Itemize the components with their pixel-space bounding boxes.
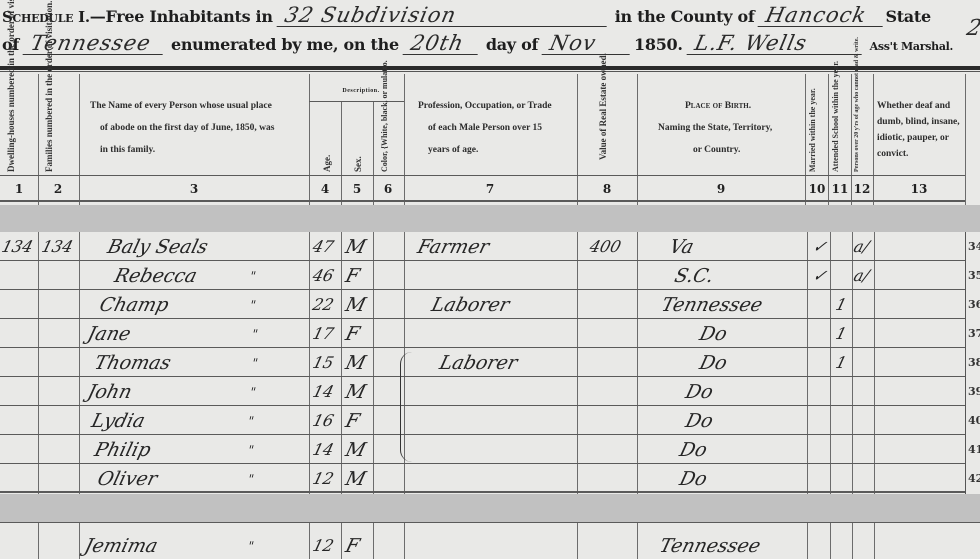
person-name: Jane <box>85 323 133 345</box>
schedule-title-line: Schedule I. —Free Inhabitants in 32 Subd… <box>0 4 931 32</box>
birthplace: Do <box>683 381 715 403</box>
person-age: 12 <box>310 535 336 557</box>
col-number-11: 11 <box>832 182 849 196</box>
header-age: Age. <box>322 132 332 172</box>
col-divider <box>341 102 342 205</box>
dwelling-number: 134 <box>0 236 35 258</box>
col-divider <box>373 102 374 205</box>
person-name: Rebecca <box>112 265 199 287</box>
header-rule <box>0 175 965 176</box>
title-text: —Free Inhabitants in <box>90 7 273 26</box>
surname-ditto: " <box>245 439 256 461</box>
col-divider <box>965 74 966 205</box>
person-occupation: Laborer <box>437 352 519 374</box>
header-profession-3: years of age. <box>428 140 478 161</box>
county-label: in the County of <box>615 7 755 26</box>
birthplace: Do <box>677 439 709 461</box>
col-divider <box>577 74 578 205</box>
description-group-label: Description. <box>318 88 404 94</box>
line-number: 40 <box>968 414 980 427</box>
table-row: Thomas " 15 M Laborer Do 1 38 <box>0 348 965 376</box>
birthplace: Tennessee <box>659 294 765 316</box>
table-row: Rebecca " 46 F S.C. ✓ a/ 35 <box>0 261 965 289</box>
birthplace: Do <box>683 410 715 432</box>
person-name: Oliver <box>95 468 159 490</box>
day-of-label: day of <box>486 35 538 54</box>
person-sex: F <box>343 410 362 432</box>
col-number-13: 13 <box>911 182 928 196</box>
person-sex: M <box>343 439 368 461</box>
birthplace: Tennessee <box>657 535 763 557</box>
col-divider <box>637 74 638 205</box>
person-name: Philip <box>92 439 153 461</box>
married-mark: ✓ <box>810 265 829 287</box>
birthplace: Do <box>697 352 729 374</box>
school-mark: 1 <box>833 323 849 345</box>
line-number: 39 <box>968 385 980 398</box>
header-family: Families numbered in the order of visita… <box>44 77 54 172</box>
table-row: Jemima " 12 F Tennessee <box>0 531 965 559</box>
col-number-5: 5 <box>353 182 361 196</box>
surname-ditto: " <box>245 535 256 557</box>
table-row: John " 14 M Do 39 <box>0 377 965 405</box>
subdivision-field: 32 Subdivision <box>276 4 611 27</box>
col-number-12: 12 <box>854 182 871 196</box>
birthplace: Va <box>667 236 696 258</box>
table-row: 134 134 Baly Seals 47 M Farmer 400 Va ✓ … <box>0 232 965 260</box>
person-age: 15 <box>310 352 336 374</box>
header-illiterate: Persons over 20 y'rs of age who cannot r… <box>854 77 861 172</box>
header-name-1: The Name of every Person whose usual pla… <box>90 96 272 117</box>
person-sex: F <box>343 323 362 345</box>
marshal-signature: L.F. Wells <box>686 32 866 55</box>
table-row: Jane " 17 F Do 1 37 <box>0 319 965 347</box>
person-age: 47 <box>310 236 336 258</box>
person-name: Jemima <box>82 535 160 557</box>
person-age: 46 <box>310 265 336 287</box>
line-number: 35 <box>968 269 980 282</box>
header-name-3: in this family. <box>100 140 155 161</box>
col-number-10: 10 <box>809 182 826 196</box>
header-birth-2: Naming the State, Territory, <box>658 118 772 139</box>
col-number-6: 6 <box>384 182 392 196</box>
person-sex: F <box>343 535 362 557</box>
col-number-1: 1 <box>15 182 23 196</box>
col-number-9: 9 <box>717 182 725 196</box>
year-label: 1850. <box>634 35 683 54</box>
school-mark: 1 <box>833 352 849 374</box>
row-rule <box>0 522 980 523</box>
person-name: Lydia <box>89 410 147 432</box>
surname-ditto: " <box>247 294 258 316</box>
col-divider <box>828 74 829 205</box>
school-mark: 1 <box>833 294 849 316</box>
line-number: 36 <box>968 298 980 311</box>
col-number-7: 7 <box>486 182 494 196</box>
person-age: 17 <box>310 323 336 345</box>
col-number-8: 8 <box>603 182 611 196</box>
person-name: Baly Seals <box>105 236 210 258</box>
col-divider <box>79 74 80 205</box>
birthplace: Do <box>697 323 729 345</box>
surname-ditto: " <box>247 381 258 403</box>
person-sex: F <box>343 265 362 287</box>
person-age: 16 <box>310 410 336 432</box>
table-row: Champ " 22 M Laborer Tennessee 1 36 <box>0 290 965 318</box>
birthplace: S.C. <box>672 265 716 287</box>
surname-ditto: " <box>245 410 256 432</box>
surname-ditto: " <box>247 265 258 287</box>
family-number: 134 <box>39 236 75 258</box>
header-profession-2: of each Male Person over 15 <box>428 118 542 139</box>
person-sex: M <box>343 294 368 316</box>
col-number-3: 3 <box>190 182 198 196</box>
col-divider <box>851 74 852 205</box>
married-mark: ✓ <box>810 236 829 258</box>
person-sex: M <box>343 468 368 490</box>
surname-ditto: " <box>249 323 260 345</box>
birthplace: Do <box>677 468 709 490</box>
table-row: Philip " 14 M Do 41 <box>0 435 965 463</box>
census-rows-section: 134 134 Baly Seals 47 M Farmer 400 Va ✓ … <box>0 232 980 494</box>
col-divider <box>38 74 39 205</box>
person-name: Thomas <box>92 352 173 374</box>
illiterate-mark: a/ <box>851 265 871 287</box>
real-estate-value: 400 <box>587 236 623 258</box>
header-color: Color, {White, black, or mulatto. <box>380 102 390 172</box>
person-age: 22 <box>310 294 336 316</box>
person-sex: M <box>343 236 368 258</box>
marshal-label: Ass't Marshal. <box>870 40 953 53</box>
header-married: Married within the year. <box>808 77 817 172</box>
line-number: 41 <box>968 443 980 456</box>
col-number-4: 4 <box>321 182 329 196</box>
page-edge <box>965 232 966 494</box>
enumerated-label: enumerated by me, on the <box>171 35 399 54</box>
county-field: Hancock <box>758 4 888 27</box>
col-divider <box>404 74 405 205</box>
enumeration-line: of Tennessee enumerated by me, on the 20… <box>0 32 953 60</box>
col-divider <box>309 74 310 205</box>
person-name: Champ <box>97 294 171 316</box>
header-deaf-4: convict. <box>877 144 908 165</box>
header-birth-1: Place of Birth. <box>685 96 751 117</box>
census-header-section: Schedule I. —Free Inhabitants in 32 Subd… <box>0 0 980 205</box>
person-age: 14 <box>310 439 336 461</box>
census-next-page-section: Jemima " 12 F Tennessee <box>0 522 980 559</box>
person-sex: M <box>343 381 368 403</box>
person-age: 14 <box>310 381 336 403</box>
header-profession-1: Profession, Occupation, or Trade <box>418 96 552 117</box>
redaction-band <box>0 205 980 232</box>
page-mark: 2 <box>959 18 980 40</box>
person-occupation: Farmer <box>415 236 491 258</box>
header-school: Attended School within the year. <box>831 77 840 172</box>
illiterate-mark: a/ <box>851 236 871 258</box>
person-sex: M <box>343 352 368 374</box>
col-divider <box>805 74 806 205</box>
person-name: John <box>85 381 134 403</box>
state-label: State <box>885 7 930 26</box>
header-sex: Sex. <box>353 132 363 172</box>
header-birth-3: or Country. <box>693 140 740 161</box>
line-number: 34 <box>968 240 980 253</box>
col-number-2: 2 <box>54 182 62 196</box>
day-field: 20th <box>402 32 482 55</box>
person-age: 12 <box>310 468 336 490</box>
col-divider <box>873 74 874 205</box>
header-dwelling: Dwelling-houses numbered in the order of… <box>6 77 16 172</box>
table-row: Lydia " 16 F Do 40 <box>0 406 965 434</box>
month-field: Nov <box>542 32 635 55</box>
redaction-band <box>0 494 980 522</box>
person-occupation: Laborer <box>429 294 511 316</box>
line-number: 38 <box>968 356 980 369</box>
line-number: 42 <box>968 472 980 485</box>
surname-ditto: " <box>249 352 260 374</box>
table-row: Oliver " 12 M Do 42 <box>0 464 965 492</box>
surname-ditto: " <box>245 468 256 490</box>
header-real-estate: Value of Real Estate owned. <box>598 80 608 160</box>
header-name-2: of abode on the first day of June, 1850,… <box>100 118 274 139</box>
line-number: 37 <box>968 327 980 340</box>
header-rule-bottom <box>0 200 965 202</box>
